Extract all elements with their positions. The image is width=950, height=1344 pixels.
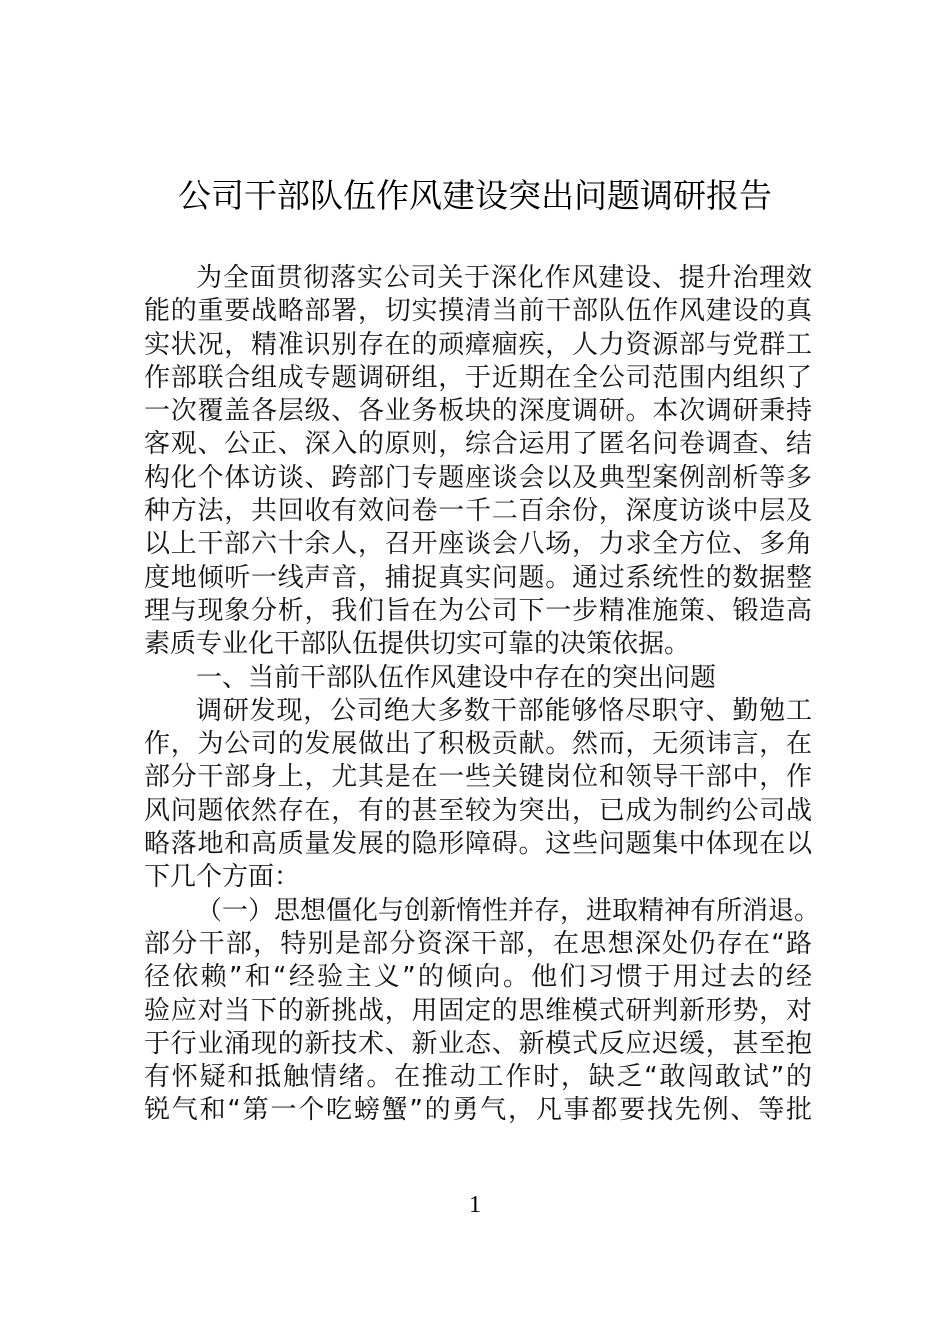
paragraph-line: 作部联合组成专题调研组，于近期在全公司范围内组织了 [144, 362, 812, 395]
paragraph-line: 以上干部六十余人，召开座谈会八场，力求全方位、多角 [144, 528, 812, 561]
paragraph-line: 部分干部，特别是部分资深干部，在思想深处仍存在“路 [144, 928, 812, 961]
paragraph-line: 一次覆盖各层级、各业务板块的深度调研。本次调研秉持 [144, 395, 812, 428]
paragraph-line: 下几个方面： [144, 861, 812, 894]
paragraph-line: 客观、公正、深入的原则，综合运用了匿名问卷调查、结 [144, 428, 812, 461]
paragraph-line: 种方法，共回收有效问卷一千二百余份，深度访谈中层及 [144, 495, 812, 528]
paragraph-line: 素质专业化干部队伍提供切实可靠的决策依据。 [144, 628, 812, 661]
paragraph-line: 径依赖”和“经验主义”的倾向。他们习惯于用过去的经 [144, 961, 812, 994]
paragraph-line: 为全面贯彻落实公司关于深化作风建设、提升治理效 [144, 262, 812, 295]
paragraph-line: 风问题依然存在，有的甚至较为突出，已成为制约公司战 [144, 795, 812, 828]
subsection-heading: （一）思想僵化与创新惰性并存，进取精神有所消退。 [144, 895, 812, 928]
paragraph-line: 于行业涌现的新技术、新业态、新模式反应迟缓，甚至抱 [144, 1028, 812, 1061]
paragraph-line: 有怀疑和抵触情绪。在推动工作时，缺乏“敢闯敢试”的 [144, 1061, 812, 1094]
paragraph-line: 验应对当下的新挑战，用固定的思维模式研判新形势，对 [144, 995, 812, 1028]
paragraph-line: 构化个体访谈、跨部门专题座谈会以及典型案例剖析等多 [144, 462, 812, 495]
paragraph-line: 作，为公司的发展做出了积极贡献。然而，无须讳言，在 [144, 728, 812, 761]
document-body: 为全面贯彻落实公司关于深化作风建设、提升治理效 能的重要战略部署，切实摸清当前干… [144, 262, 812, 1128]
paragraph-line: 略落地和高质量发展的隐形障碍。这些问题集中体现在以 [144, 828, 812, 861]
document-page: 公司干部队伍作风建设突出问题调研报告 为全面贯彻落实公司关于深化作风建设、提升治… [0, 0, 950, 1344]
paragraph-line: 能的重要战略部署，切实摸清当前干部队伍作风建设的真 [144, 295, 812, 328]
paragraph-line: 理与现象分析，我们旨在为公司下一步精准施策、锻造高 [144, 595, 812, 628]
paragraph-line: 锐气和“第一个吃螃蟹”的勇气，凡事都要找先例、等批 [144, 1094, 812, 1127]
page-number: 1 [0, 1190, 950, 1220]
section-heading: 一、当前干部队伍作风建设中存在的突出问题 [144, 662, 812, 695]
paragraph-line: 度地倾听一线声音，捕捉真实问题。通过系统性的数据整 [144, 562, 812, 595]
paragraph-line: 实状况，精准识别存在的顽瘴痼疾，人力资源部与党群工 [144, 329, 812, 362]
paragraph-line: 调研发现，公司绝大多数干部能够恪尽职守、勤勉工 [144, 695, 812, 728]
document-title: 公司干部队伍作风建设突出问题调研报告 [0, 174, 950, 218]
paragraph-line: 部分干部身上，尤其是在一些关键岗位和领导干部中，作 [144, 761, 812, 794]
